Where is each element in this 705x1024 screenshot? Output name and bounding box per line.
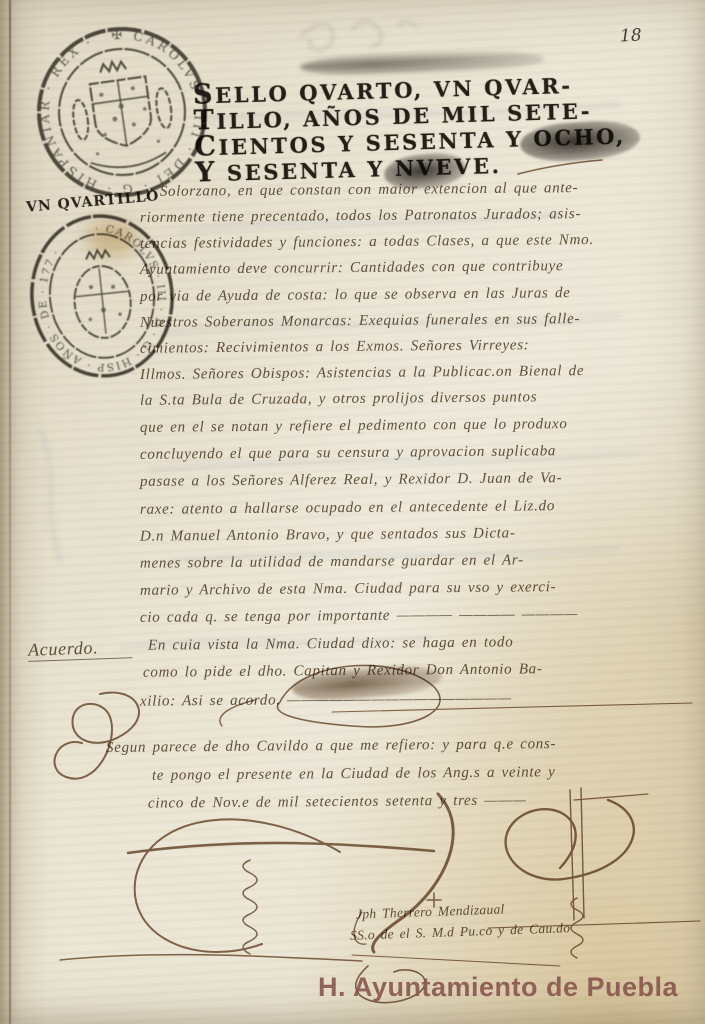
archive-watermark: H. Ayuntamiento de Puebla [318,972,678,1003]
pen-flourishes [0,0,705,1024]
manuscript-page: 18 SELLO QVARTO, VN QVAR- TILLO, AÑOS DE… [0,0,705,1024]
